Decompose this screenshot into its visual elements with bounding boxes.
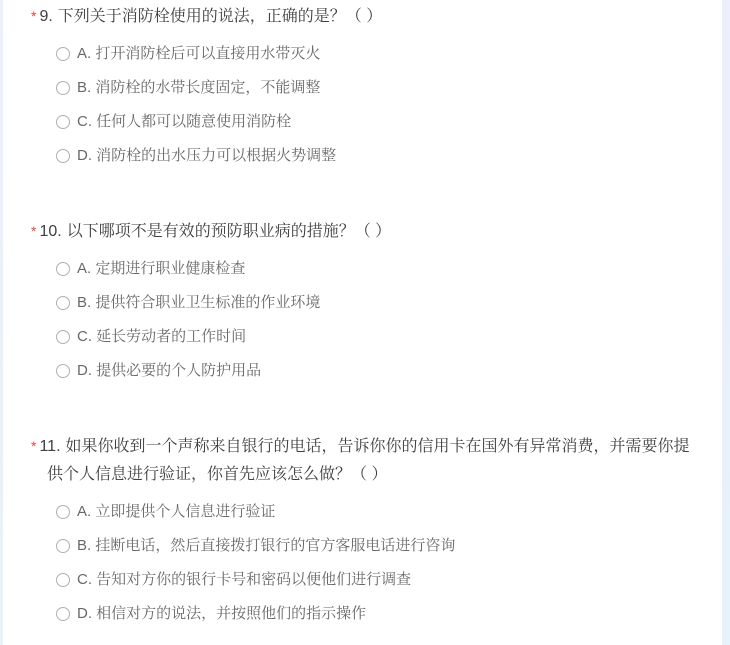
radio-button-icon[interactable]	[56, 539, 70, 553]
option-row[interactable]: D. 提供必要的个人防护用品	[56, 363, 722, 379]
option-label[interactable]: C. 告知对方你的银行卡号和密码以便他们进行调查	[77, 572, 411, 588]
radio-button-icon[interactable]	[56, 505, 70, 519]
option-row[interactable]: D. 相信对方的说法，并按照他们的指示操作	[56, 606, 722, 622]
option-label[interactable]: C. 任何人都可以随意使用消防栓	[77, 114, 291, 130]
radio-button-icon[interactable]	[56, 296, 70, 310]
option-label[interactable]: A. 立即提供个人信息进行验证	[77, 504, 275, 520]
option-row[interactable]: B. 提供符合职业卫生标准的作业环境	[56, 295, 722, 311]
radio-button-icon[interactable]	[56, 330, 70, 344]
question-number: 10.	[39, 223, 61, 240]
radio-button-icon[interactable]	[56, 573, 70, 587]
question-block: *9.下列关于消防栓使用的说法，正确的是？（ ） A. 打开消防栓后可以直接用水…	[3, 2, 722, 164]
option-row[interactable]: B. 挂断电话，然后直接拨打银行的官方客服电话进行咨询	[56, 538, 722, 554]
form-card: *9.下列关于消防栓使用的说法，正确的是？（ ） A. 打开消防栓后可以直接用水…	[3, 0, 722, 645]
question-title: *11.如果你收到一个声称来自银行的电话，告诉你你的信用卡在国外有异常消费，并需…	[31, 432, 692, 489]
page-background: *9.下列关于消防栓使用的说法，正确的是？（ ） A. 打开消防栓后可以直接用水…	[0, 0, 730, 645]
options-group: A. 立即提供个人信息进行验证 B. 挂断电话，然后直接拨打银行的官方客服电话进…	[3, 504, 722, 622]
option-label[interactable]: D. 提供必要的个人防护用品	[77, 363, 261, 379]
radio-button-icon[interactable]	[56, 81, 70, 95]
option-row[interactable]: C. 告知对方你的银行卡号和密码以便他们进行调查	[56, 572, 722, 588]
options-group: A. 定期进行职业健康检查 B. 提供符合职业卫生标准的作业环境 C. 延长劳动…	[3, 261, 722, 379]
option-row[interactable]: A. 立即提供个人信息进行验证	[56, 504, 722, 520]
option-label[interactable]: A. 定期进行职业健康检查	[77, 261, 245, 277]
required-asterisk: *	[31, 8, 36, 24]
option-label[interactable]: C. 延长劳动者的工作时间	[77, 329, 246, 345]
radio-button-icon[interactable]	[56, 47, 70, 61]
option-label[interactable]: B. 挂断电话，然后直接拨打银行的官方客服电话进行咨询	[77, 538, 455, 554]
question-list: *9.下列关于消防栓使用的说法，正确的是？（ ） A. 打开消防栓后可以直接用水…	[3, 2, 722, 622]
option-row[interactable]: B. 消防栓的水带长度固定，不能调整	[56, 80, 722, 96]
option-label[interactable]: D. 消防栓的出水压力可以根据火势调整	[77, 148, 336, 164]
option-row[interactable]: A. 打开消防栓后可以直接用水带灭火	[56, 46, 722, 62]
question-title: *9.下列关于消防栓使用的说法，正确的是？（ ）	[31, 2, 692, 31]
option-label[interactable]: B. 提供符合职业卫生标准的作业环境	[77, 295, 320, 311]
radio-button-icon[interactable]	[56, 607, 70, 621]
question-text: 下列关于消防栓使用的说法，正确的是？（ ）	[58, 8, 382, 25]
option-row[interactable]: C. 任何人都可以随意使用消防栓	[56, 114, 722, 130]
question-block: *10.以下哪项不是有效的预防职业病的措施？（ ） A. 定期进行职业健康检查 …	[3, 217, 722, 379]
option-label[interactable]: B. 消防栓的水带长度固定，不能调整	[77, 80, 320, 96]
radio-button-icon[interactable]	[56, 149, 70, 163]
option-label[interactable]: A. 打开消防栓后可以直接用水带灭火	[77, 46, 320, 62]
question-block: *11.如果你收到一个声称来自银行的电话，告诉你你的信用卡在国外有异常消费，并需…	[3, 432, 722, 622]
required-asterisk: *	[31, 223, 36, 239]
options-group: A. 打开消防栓后可以直接用水带灭火 B. 消防栓的水带长度固定，不能调整 C.…	[3, 46, 722, 164]
radio-button-icon[interactable]	[56, 364, 70, 378]
question-text: 以下哪项不是有效的预防职业病的措施？（ ）	[67, 223, 391, 240]
option-row[interactable]: C. 延长劳动者的工作时间	[56, 329, 722, 345]
option-label[interactable]: D. 相信对方的说法，并按照他们的指示操作	[77, 606, 366, 622]
question-number: 9.	[39, 8, 52, 25]
question-number: 11.	[39, 438, 60, 455]
question-title: *10.以下哪项不是有效的预防职业病的措施？（ ）	[31, 217, 692, 246]
radio-button-icon[interactable]	[56, 262, 70, 276]
question-text: 如果你收到一个声称来自银行的电话，告诉你你的信用卡在国外有异常消费，并需要你提供…	[47, 438, 690, 483]
required-asterisk: *	[31, 438, 36, 454]
option-row[interactable]: D. 消防栓的出水压力可以根据火势调整	[56, 148, 722, 164]
radio-button-icon[interactable]	[56, 115, 70, 129]
option-row[interactable]: A. 定期进行职业健康检查	[56, 261, 722, 277]
